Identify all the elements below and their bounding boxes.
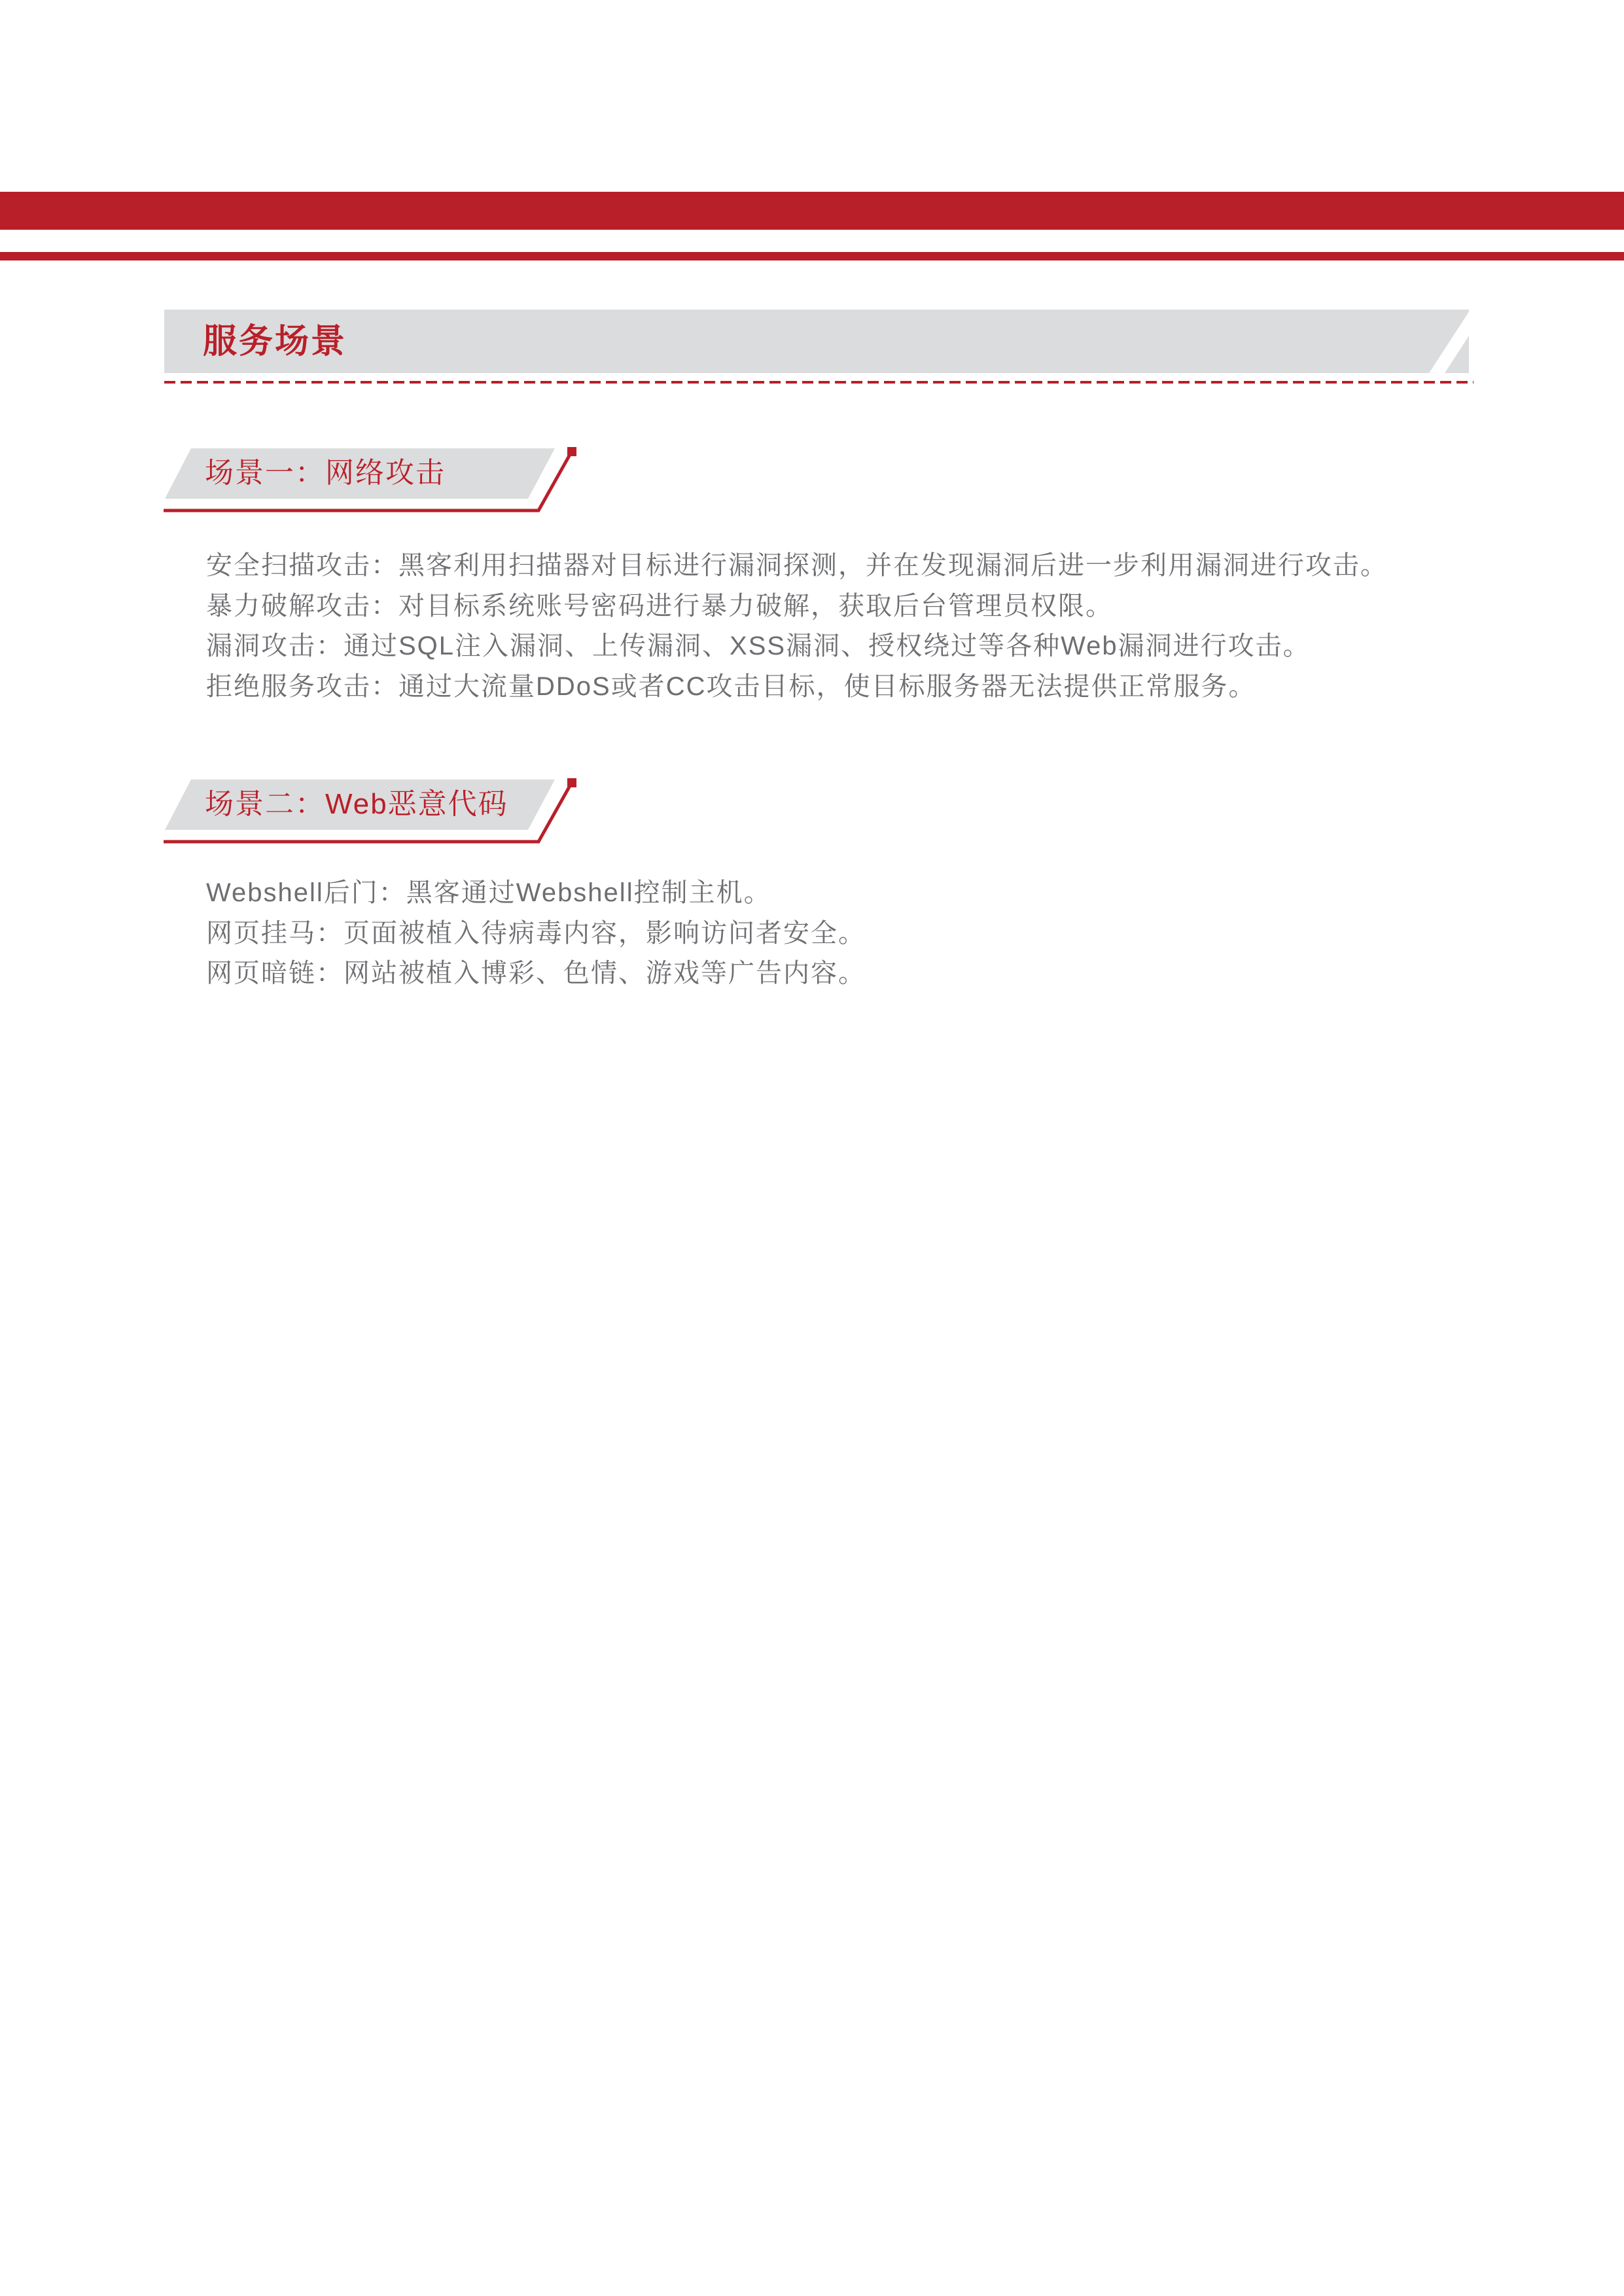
scenario-2-label: 场景二：Web恶意代码 xyxy=(164,778,582,853)
scenario-1-title: 场景一：网络攻击 xyxy=(205,447,446,499)
document-page: 服务场景 场景一：网络攻击 安全扫描攻击：黑客利用扫描器对目标进行漏洞探测，并在… xyxy=(0,0,1624,2296)
corner-square-icon xyxy=(567,447,576,456)
scenario-2-title: 场景二：Web恶意代码 xyxy=(205,778,508,830)
body-line: 拒绝服务攻击：通过大流量DDoS或者CC攻击目标，使目标服务器无法提供正常服务。 xyxy=(206,667,1388,708)
top-bar-thin xyxy=(0,252,1624,260)
scenario-2-body: Webshell后门：黑客通过Webshell控制主机。 网页挂马：页面被植入待… xyxy=(206,873,866,994)
page-title: 服务场景 xyxy=(164,325,347,359)
slash-decoration-icon xyxy=(1422,310,1469,373)
body-line: 网页挂马：页面被植入待病毒内容，影响访问者安全。 xyxy=(206,914,866,954)
body-line: 安全扫描攻击：黑客利用扫描器对目标进行漏洞探测，并在发现漏洞后进一步利用漏洞进行… xyxy=(206,546,1388,586)
scenario-1-body: 安全扫描攻击：黑客利用扫描器对目标进行漏洞探测，并在发现漏洞后进一步利用漏洞进行… xyxy=(206,546,1388,707)
body-line: 漏洞攻击：通过SQL注入漏洞、上传漏洞、XSS漏洞、授权绕过等各种Web漏洞进行… xyxy=(206,626,1388,667)
dashed-divider xyxy=(164,381,1474,384)
body-line: Webshell后门：黑客通过Webshell控制主机。 xyxy=(206,873,866,914)
top-bar-thick xyxy=(0,192,1624,230)
section-header-banner: 服务场景 xyxy=(164,310,1469,373)
body-line: 暴力破解攻击：对目标系统账号密码进行暴力破解，获取后台管理员权限。 xyxy=(206,586,1388,627)
corner-square-icon xyxy=(567,778,576,787)
scenario-1-label: 场景一：网络攻击 xyxy=(164,447,582,522)
body-line: 网页暗链：网站被植入博彩、色情、游戏等广告内容。 xyxy=(206,954,866,994)
